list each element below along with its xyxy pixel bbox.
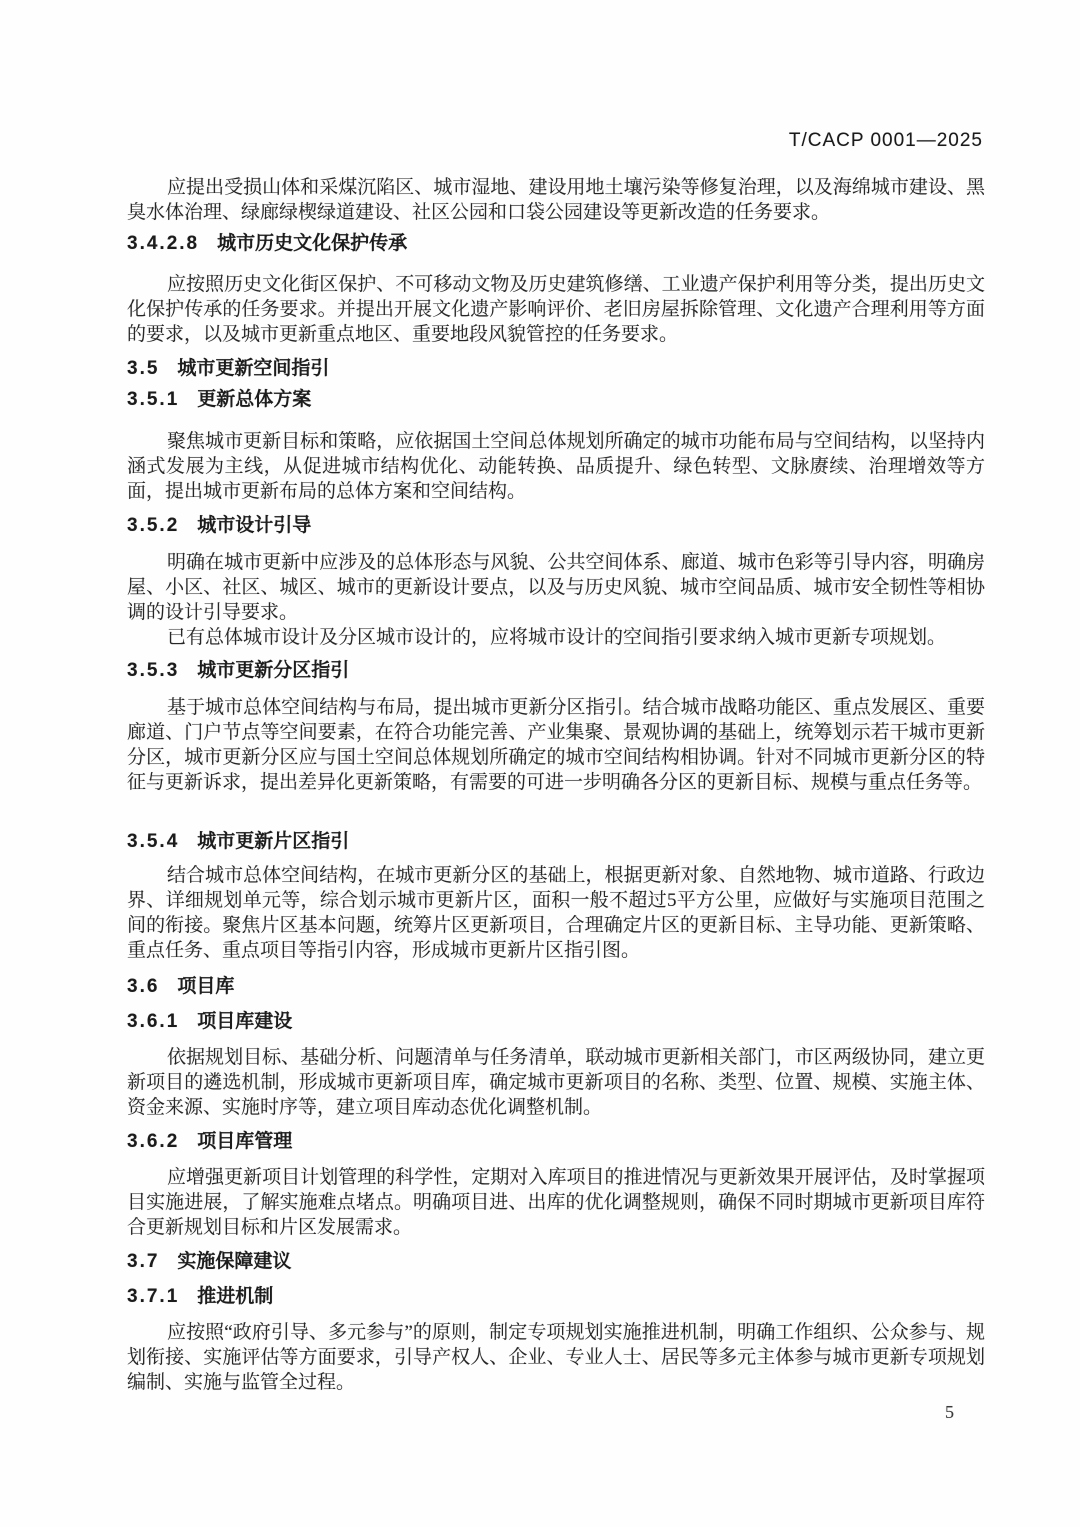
heading-number: 3.7	[127, 1251, 159, 1272]
heading-title: 城市更新空间指引	[177, 358, 329, 379]
paragraph-3-7-1: 应按照“政府引导、多元参与”的原则，制定专项规划实施推进机制，明确工作组织、公众…	[127, 1320, 985, 1395]
paragraph-3-5-4: 结合城市总体空间结构，在城市更新分区的基础上，根据更新对象、自然地物、城市道路、…	[127, 863, 985, 963]
paragraph-3-5-2-a: 明确在城市更新中应涉及的总体形态与风貌、公共空间体系、廊道、城市色彩等引导内容，…	[127, 550, 985, 625]
heading-title: 项目库建设	[197, 1011, 292, 1032]
heading-title: 城市设计引导	[197, 515, 311, 536]
heading-title: 项目库	[177, 976, 234, 997]
document-page: T/CACP 0001—2025 应提出受损山体和采煤沉陷区、城市湿地、建设用地…	[0, 0, 1080, 1527]
heading-title: 项目库管理	[197, 1131, 292, 1152]
page-number: 5	[945, 1401, 954, 1423]
heading-number: 3.5.3	[127, 660, 179, 681]
heading-title: 推进机制	[197, 1286, 273, 1307]
paragraph-3-5-3: 基于城市总体空间结构与布局，提出城市更新分区指引。结合城市战略功能区、重点发展区…	[127, 695, 985, 795]
heading-number: 3.5.4	[127, 831, 179, 852]
heading-number: 3.6	[127, 976, 159, 997]
section-heading-3-4-2-8: 3.4.2.8城市历史文化保护传承	[127, 231, 985, 256]
heading-title: 实施保障建议	[177, 1251, 291, 1272]
heading-title: 城市更新片区指引	[197, 831, 349, 852]
intro-paragraph: 应提出受损山体和采煤沉陷区、城市湿地、建设用地土壤污染等修复治理，以及海绵城市建…	[127, 175, 985, 225]
heading-number: 3.4.2.8	[127, 233, 199, 254]
paragraph-3-6-1: 依据规划目标、基础分析、问题清单与任务清单，联动城市更新相关部门，市区两级协同，…	[127, 1045, 985, 1120]
section-heading-3-5-4: 3.5.4城市更新片区指引	[127, 829, 985, 854]
section-heading-3-6: 3.6项目库	[127, 974, 985, 999]
heading-number: 3.7.1	[127, 1286, 179, 1307]
section-heading-3-6-1: 3.6.1项目库建设	[127, 1009, 985, 1034]
doc-number: T/CACP 0001—2025	[789, 130, 983, 152]
paragraph-3-5-2-b: 已有总体城市设计及分区城市设计的，应将城市设计的空间指引要求纳入城市更新专项规划…	[127, 625, 985, 650]
heading-number: 3.5.2	[127, 515, 179, 536]
paragraph-3-6-2: 应增强更新项目计划管理的科学性，定期对入库项目的推进情况与更新效果开展评估，及时…	[127, 1165, 985, 1240]
heading-number: 3.6.1	[127, 1011, 179, 1032]
heading-title: 更新总体方案	[197, 389, 311, 410]
section-heading-3-7: 3.7实施保障建议	[127, 1249, 985, 1274]
section-heading-3-5: 3.5城市更新空间指引	[127, 356, 985, 381]
section-heading-3-6-2: 3.6.2项目库管理	[127, 1129, 985, 1154]
section-heading-3-5-1: 3.5.1更新总体方案	[127, 387, 985, 412]
section-heading-3-7-1: 3.7.1推进机制	[127, 1284, 985, 1309]
paragraph-3-5-1: 聚焦城市更新目标和策略，应依据国土空间总体规划所确定的城市功能布局与空间结构，以…	[127, 429, 985, 504]
heading-number: 3.5	[127, 358, 159, 379]
heading-title: 城市更新分区指引	[197, 660, 349, 681]
section-heading-3-5-2: 3.5.2城市设计引导	[127, 513, 985, 538]
heading-number: 3.6.2	[127, 1131, 179, 1152]
heading-title: 城市历史文化保护传承	[217, 233, 407, 254]
section-heading-3-5-3: 3.5.3城市更新分区指引	[127, 658, 985, 683]
heading-number: 3.5.1	[127, 389, 179, 410]
paragraph-3-4-2-8: 应按照历史文化街区保护、不可移动文物及历史建筑修缮、工业遗产保护利用等分类，提出…	[127, 272, 985, 347]
